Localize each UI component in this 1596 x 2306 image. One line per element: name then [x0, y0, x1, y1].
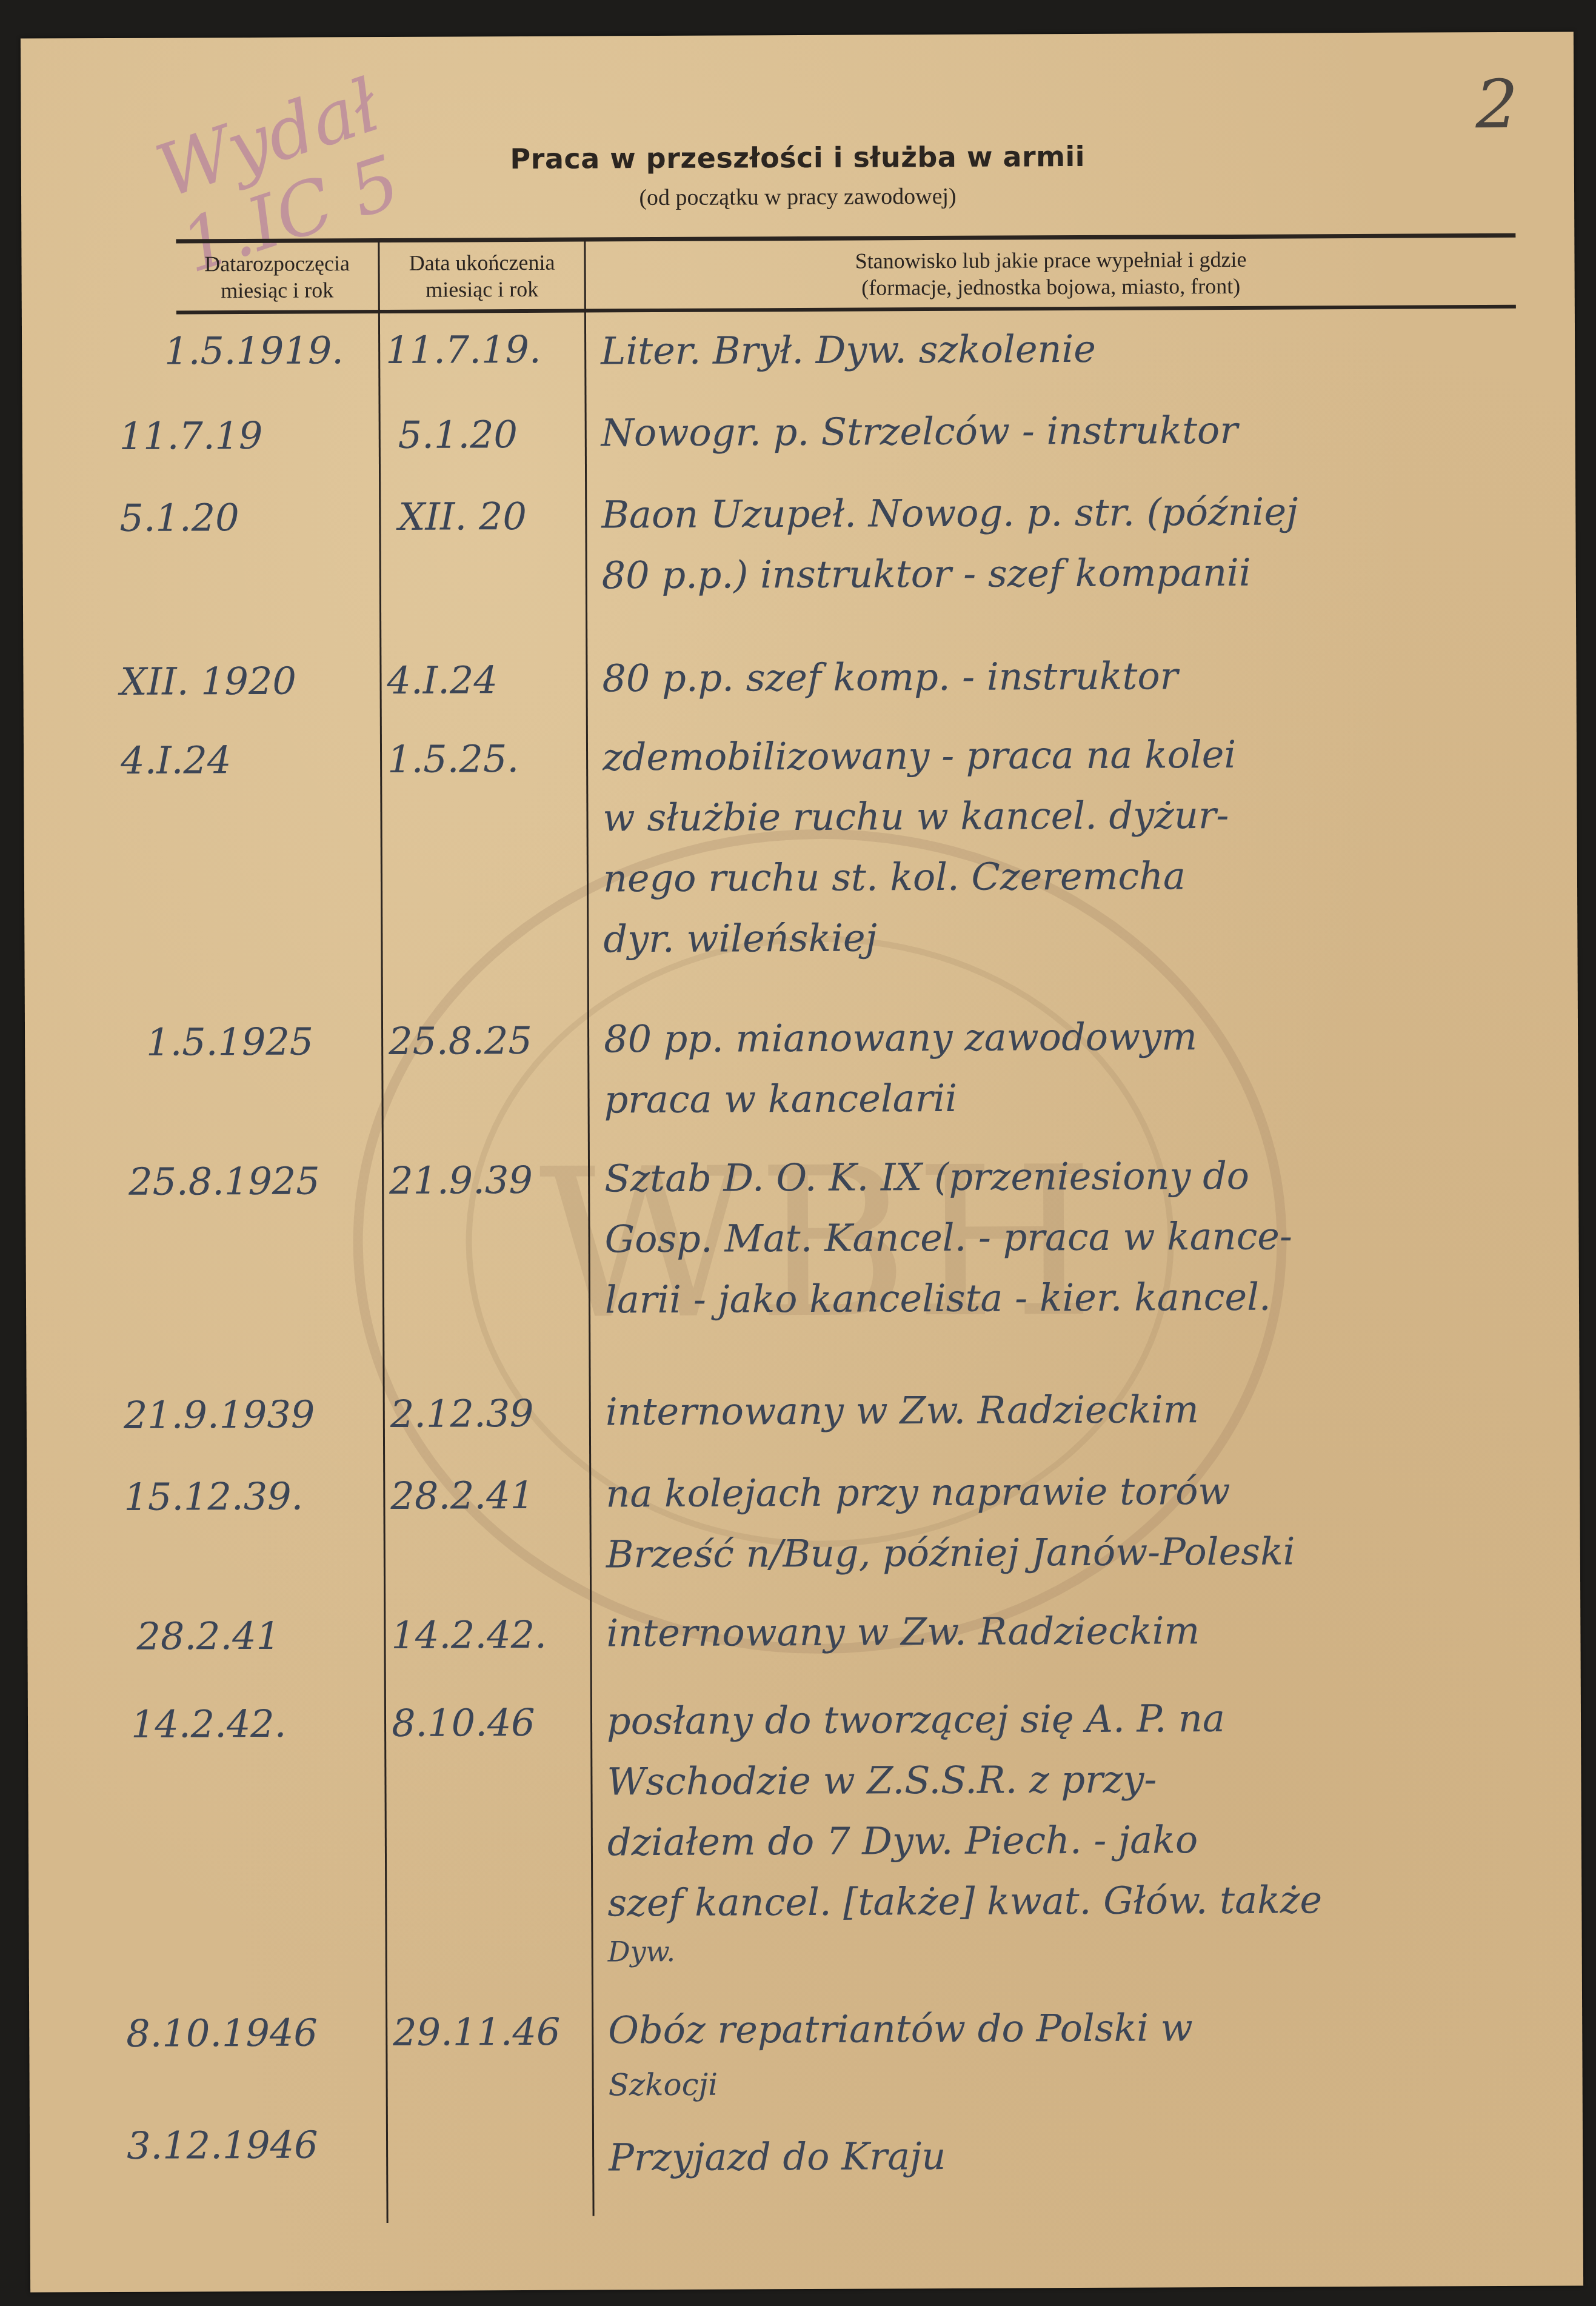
position-description: zdemobilizowany - praca na kolei w służb… — [603, 724, 1237, 970]
description-line: Gosp. Mat. Kancel. - praca w kance- — [604, 1206, 1292, 1269]
end-date: 2.12.39 — [390, 1391, 534, 1436]
column-header-position: Stanowisko lub jakie prace wypełniał i g… — [586, 238, 1515, 309]
description-line: larii - jako kancelista - kier. kancel. — [605, 1266, 1293, 1330]
end-date: 25.8.25 — [389, 1018, 532, 1063]
description-line: Przyjazd do Kraju — [609, 2126, 946, 2188]
position-description: Sztab D. O. K. IX (przeniesiony do Gosp.… — [604, 1145, 1293, 1330]
start-date: 1.5.1919. — [164, 328, 344, 373]
description-line: posłany do tworzącej się A. P. na — [607, 1688, 1321, 1751]
column-header-line: Data ukończenia — [379, 249, 584, 276]
start-date: 25.8.1925 — [129, 1158, 320, 1203]
description-line: Szkocji — [608, 2058, 1193, 2109]
position-description: Liter. Brył. Dyw. szkolenie — [601, 319, 1096, 382]
position-description: 80 pp. mianowany zawodowym praca w kance… — [604, 1006, 1198, 1130]
description-line: internowany w Zw. Radzieckim — [606, 1379, 1199, 1442]
description-line: Liter. Brył. Dyw. szkolenie — [601, 319, 1096, 382]
document-page: WBH Wydał 1.IC 5 2 Praca w przeszłości i… — [21, 32, 1583, 2292]
end-date: XII. 20 — [398, 494, 527, 539]
start-date: XII. 1920 — [120, 659, 296, 704]
position-description: internowany w Zw. Radzieckim — [606, 1379, 1199, 1442]
column-header-line: Datarozpoczęcia — [176, 250, 378, 277]
start-date: 8.10.1946 — [126, 2011, 318, 2056]
end-date: 28.2.41 — [390, 1473, 534, 1518]
description-line: nego ruchu st. kol. Czeremcha — [603, 846, 1237, 909]
description-line: Nowogr. p. Strzelców - instruktor — [601, 400, 1238, 464]
description-line: Wschodzie w Z.S.S.R. z przy- — [607, 1748, 1321, 1812]
description-line: internowany w Zw. Radzieckim — [606, 1600, 1200, 1663]
start-date: 15.12.39. — [124, 1474, 303, 1519]
description-line: w służbie ruchu w kancel. dyżur- — [603, 785, 1237, 849]
start-date: 3.12.1946 — [127, 2122, 318, 2167]
start-date: 14.2.42. — [131, 1702, 287, 1746]
position-description: Obóz repatriantów do Polski w Szkocji — [608, 1997, 1193, 2109]
column-header-line: (formacje, jednostka bojowa, miasto, fro… — [586, 272, 1516, 302]
end-date: 29.11.46 — [393, 2010, 560, 2054]
position-description: internowany w Zw. Radzieckim — [606, 1600, 1200, 1663]
start-date: 5.1.20 — [119, 495, 239, 540]
description-line: Brześć n/Bug, później Janów-Poleski — [606, 1521, 1295, 1585]
page-title: Praca w przeszłości i służba w armii — [21, 138, 1574, 177]
description-line: Obóz repatriantów do Polski w — [608, 1997, 1193, 2060]
end-date: 5.1.20 — [398, 412, 518, 457]
position-description: Nowogr. p. Strzelców - instruktor — [601, 400, 1238, 464]
column-header-start-date: Datarozpoczęcia miesiąc i rok — [176, 243, 378, 310]
description-line: szef kancel. [także] kwat. Głów. także — [607, 1870, 1322, 1933]
column-header-line: miesiąc i rok — [380, 276, 584, 303]
description-line: Dyw. — [608, 1930, 1323, 1970]
position-description: Przyjazd do Kraju — [609, 2126, 946, 2188]
position-description: posłany do tworzącej się A. P. na Wschod… — [607, 1688, 1323, 1970]
description-line: Sztab D. O. K. IX (przeniesiony do — [604, 1145, 1292, 1209]
position-description: Baon Uzupeł. Nowog. p. str. (później 80 … — [601, 481, 1298, 606]
start-date: 21.9.1939 — [124, 1392, 315, 1437]
end-date: 21.9.39 — [389, 1158, 533, 1203]
end-date: 1.5.25. — [387, 737, 519, 781]
description-line: 80 pp. mianowany zawodowym — [604, 1006, 1197, 1069]
start-date: 11.7.19 — [119, 413, 263, 458]
column-header-end-date: Data ukończenia miesiąc i rok — [379, 242, 584, 310]
position-description: 80 p.p. szef komp. - instruktor — [602, 646, 1178, 709]
position-description: na kolejach przy naprawie torów Brześć n… — [606, 1460, 1295, 1585]
description-line: na kolejach przy naprawie torów — [606, 1460, 1295, 1524]
description-line: Baon Uzupeł. Nowog. p. str. (później — [601, 481, 1298, 545]
start-date: 4.I.24 — [121, 738, 232, 783]
description-line: praca w kancelarii — [604, 1067, 1197, 1130]
column-header-line: Stanowisko lub jakie prace wypełniał i g… — [586, 245, 1515, 276]
end-date: 4.I.24 — [387, 658, 498, 703]
end-date: 8.10.46 — [392, 1700, 535, 1745]
column-header-line: miesiąc i rok — [176, 276, 378, 304]
page-number: 2 — [1475, 65, 1518, 143]
end-date: 14.2.42. — [391, 1613, 547, 1657]
description-line: 80 p.p.) instruktor - szef kompanii — [602, 542, 1298, 606]
start-date: 1.5.1925 — [146, 1020, 313, 1064]
description-line: dyr. wileńskiej — [603, 906, 1237, 970]
description-line: działem do 7 Dyw. Piech. - jako — [607, 1809, 1322, 1873]
end-date: 11.7.19. — [386, 327, 541, 372]
description-line: zdemobilizowany - praca na kolei — [603, 724, 1237, 788]
description-line: 80 p.p. szef komp. - instruktor — [602, 646, 1178, 709]
start-date: 28.2.41 — [136, 1614, 280, 1659]
